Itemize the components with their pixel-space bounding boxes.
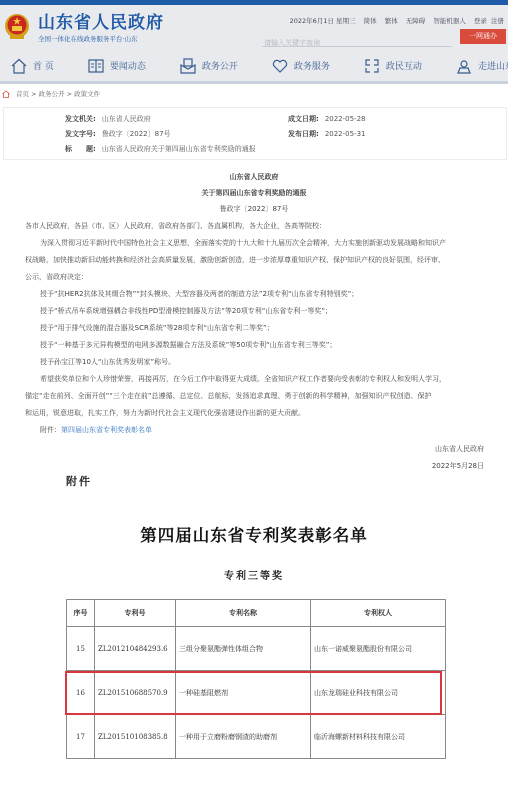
nav-label: 政务服务 (294, 59, 330, 72)
home-icon (10, 57, 28, 75)
cell-patent-no: ZL201210484293.6 (95, 627, 176, 671)
document-metadata: 发文机关:山东省人民政府 成文日期:2022-05-28 发文字号:鲁政字〔20… (3, 107, 507, 160)
map-pin-icon (455, 57, 473, 75)
cell-patent-name: 三组分聚氨酯弹性体组合物 (176, 627, 311, 671)
meta-written-date: 成文日期:2022-05-28 (288, 114, 366, 124)
doc-award-line: 授予“抗HER2抗体及其缀合物”“封头模块、大型容器及两者的制造方法”2项专利“… (40, 289, 358, 299)
meta-value: 山东省人民政府 (102, 115, 151, 123)
national-emblem-icon (4, 13, 30, 41)
doc-attachment: 附件：第四届山东省专利奖表彰名单 (40, 425, 152, 435)
nav-item-interaction[interactable]: 政民互动 (363, 50, 422, 81)
top-links: 2022年6月1日 星期三 简体 繁体 无障碍 智能机器人 登录 注册 (284, 16, 504, 25)
traditional-link[interactable]: 繁体 (385, 17, 398, 25)
table-row: 15 ZL201210484293.6 三组分聚氨酯弹性体组合物 山东一诺威聚氨… (67, 627, 446, 671)
doc-award-line: 授予“桥式吊车系统增强耦合非线性PD型滑模控制器及方法”等20项专利“山东省专利… (40, 306, 332, 316)
nav-item-about-shandong[interactable]: 走进山东 (455, 50, 508, 81)
nav-item-gov-open[interactable]: 政务公开 (179, 50, 238, 81)
robot-link[interactable]: 智能机器人 (433, 17, 466, 25)
column-header-index: 序号 (67, 600, 95, 627)
doc-paragraph-line: 和运用，锐意进取，扎实工作，努力为新时代社会主义现代化强省建设作出新的更大贡献。 (25, 408, 305, 418)
simplified-link[interactable]: 简体 (364, 17, 377, 25)
nav-label: 政民互动 (386, 59, 422, 72)
table-row-highlighted: 16 ZL201510688570.9 一种硅基阻燃剂 山东龙瑞硅业科技有限公司 (67, 671, 446, 715)
meta-key: 发文机关: (65, 115, 96, 123)
cell-patentee: 临沂海螺新材料科技有限公司 (311, 715, 446, 759)
breadcrumb: 首页 > 政务公开 > 政策文件 (2, 89, 100, 98)
attachment-label: 附件： (40, 426, 61, 434)
cell-patent-no: ZL201510108385.8 (95, 715, 176, 759)
site-header: 山东省人民政府 全国一体化在线政务服务平台·山东 2022年6月1日 星期三 简… (0, 5, 508, 50)
doc-paragraph-line: 公示，省政府决定： (25, 272, 88, 282)
meta-key: 成文日期: (288, 115, 319, 123)
meta-key: 标 题: (65, 145, 96, 153)
annex-label: 附件 (66, 473, 92, 489)
doc-award-line: 授予孙宝江等10人“山东优秀发明家”称号。 (40, 357, 175, 367)
doc-award-line: 授予“一种基于多元异构模型的电网多源数据融合方法及系统”等50项专利“山东省专利… (40, 340, 336, 350)
meta-issuer: 发文机关:山东省人民政府 (65, 114, 151, 124)
site-title[interactable]: 山东省人民政府 (38, 13, 164, 33)
award-table: 序号 专利号 专利名称 专利权人 15 ZL201210484293.6 三组分… (66, 599, 446, 759)
nav-label: 走进山东 (478, 59, 508, 72)
table-row: 17 ZL201510108385.8 一种用于立磨粉磨钢渣的助磨剂 临沂海螺新… (67, 715, 446, 759)
nav-item-home[interactable]: 首 页 (10, 50, 54, 81)
site-subtitle: 全国一体化在线政务服务平台·山东 (38, 35, 138, 43)
breadcrumb-path[interactable]: 首页 > 政务公开 > 政策文件 (16, 89, 100, 98)
heart-icon (271, 57, 289, 75)
annex-subtitle: 专利三等奖 (0, 567, 508, 582)
register-link[interactable]: 注册 (491, 17, 504, 25)
meta-value: 鲁政字〔2022〕87号 (102, 130, 171, 138)
doc-paragraph-line: 锚定“走在前列、全面开创”“三个走在前”总遵循、总定位、总航标，发扬追求真理、勇… (25, 391, 432, 401)
column-header-patent-name: 专利名称 (176, 600, 311, 627)
cell-patentee: 山东龙瑞硅业科技有限公司 (311, 671, 446, 715)
nav-label: 政务公开 (202, 59, 238, 72)
cell-index: 17 (67, 715, 95, 759)
doc-award-line: 授予“用于排气设施的混合器及SCR系统”等28项专利“山东省专利二等奖”； (40, 323, 274, 333)
doc-paragraph-line: 希望获奖单位和个人珍惜荣誉，再接再厉，在今后工作中取得更大成绩。全省知识产权工作… (40, 374, 446, 384)
book-icon (87, 57, 105, 75)
meta-value: 2022-05-28 (325, 115, 366, 123)
meta-value: 2022-05-31 (325, 130, 366, 138)
main-nav: 首 页 要闻动态 政务公开 政务服务 政民互动 走进山东 (0, 50, 508, 84)
meta-key: 发文字号: (65, 130, 96, 138)
nav-label: 要闻动态 (110, 59, 146, 72)
nav-item-gov-service[interactable]: 政务服务 (271, 50, 330, 81)
cell-patent-no: ZL201510688570.9 (95, 671, 176, 715)
cell-patent-name: 一种用于立磨粉磨钢渣的助磨剂 (176, 715, 311, 759)
meta-title: 标 题:山东省人民政府关于第四届山东省专利奖励的通报 (65, 144, 256, 154)
nav-label: 首 页 (33, 59, 54, 72)
accessibility-link[interactable]: 无障碍 (406, 17, 426, 25)
login-link[interactable]: 登录 (474, 17, 487, 25)
doc-heading-title: 关于第四届山东省专利奖励的通报 (0, 188, 508, 198)
column-header-patentee: 专利权人 (311, 600, 446, 627)
meta-value: 山东省人民政府关于第四届山东省专利奖励的通报 (102, 145, 256, 153)
doc-signature: 山东省人民政府 (435, 444, 484, 454)
search-input[interactable] (262, 36, 444, 50)
doc-number: 鲁政字〔2022〕87号 (0, 204, 508, 214)
cell-patentee: 山东一诺威聚氨酯股份有限公司 (311, 627, 446, 671)
meta-doc-number: 发文字号:鲁政字〔2022〕87号 (65, 129, 171, 139)
inbox-icon (179, 57, 197, 75)
doc-heading-issuer: 山东省人民政府 (0, 172, 508, 182)
meta-publish-date: 发布日期:2022-05-31 (288, 129, 366, 139)
home-icon (2, 90, 10, 98)
doc-salutation: 各市人民政府，各县（市、区）人民政府，省政府各部门、各直属机构，各大企业，各高等… (25, 221, 326, 231)
onestop-button[interactable]: 一网通办 (460, 29, 506, 44)
annex-title: 第四届山东省专利奖表彰名单 (0, 522, 508, 546)
nav-item-news[interactable]: 要闻动态 (87, 50, 146, 81)
doc-sign-date: 2022年5月28日 (432, 461, 484, 471)
meta-key: 发布日期: (288, 130, 319, 138)
cell-index: 16 (67, 671, 95, 715)
exchange-icon (363, 57, 381, 75)
doc-paragraph-line: 权战略，加快推动新旧动能转换和经济社会高质量发展，激励创新创造，进一步浓厚尊重知… (25, 255, 445, 265)
attachment-link[interactable]: 第四届山东省专利奖表彰名单 (61, 426, 152, 434)
column-header-patent-no: 专利号 (95, 600, 176, 627)
current-date: 2022年6月1日 星期三 (290, 17, 356, 25)
doc-paragraph-line: 为深入贯彻习近平新时代中国特色社会主义思想，全面落实党的十九大和十九届历次全会精… (40, 238, 446, 248)
cell-index: 15 (67, 627, 95, 671)
cell-patent-name: 一种硅基阻燃剂 (176, 671, 311, 715)
table-header-row: 序号 专利号 专利名称 专利权人 (67, 600, 446, 627)
search-box (262, 30, 452, 47)
